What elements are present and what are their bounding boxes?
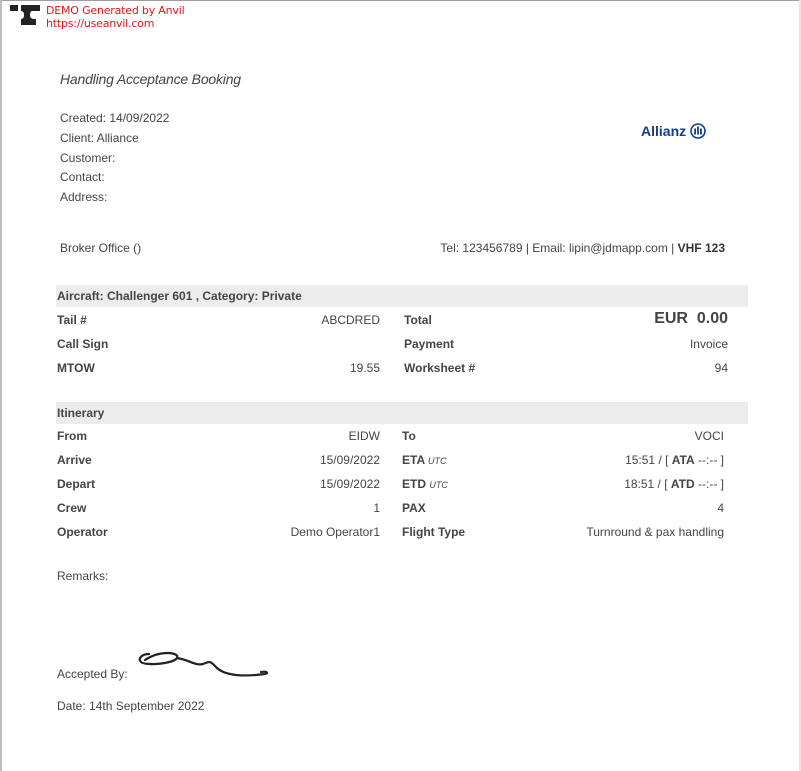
table-row: Tail # ABCDRED Total EUR 0.00 bbox=[56, 308, 748, 332]
aircraft-header: Aircraft: Challenger 601 , Category: Pri… bbox=[56, 285, 748, 307]
flight-type-value: Turnround & pax handling bbox=[586, 520, 724, 544]
accepted-by: Accepted By: bbox=[57, 667, 128, 681]
table-row: MTOW 19.55 Worksheet # 94 bbox=[56, 356, 748, 380]
aircraft-section: Aircraft: Challenger 601 , Category: Pri… bbox=[56, 285, 748, 380]
worksheet-label: Worksheet # bbox=[404, 356, 475, 380]
watermark-link[interactable]: https://useanvil.com bbox=[46, 17, 184, 30]
table-row: Depart 15/09/2022 ETD UTC 18:51 / [ ATD … bbox=[56, 472, 748, 496]
watermark-line1: DEMO Generated by Anvil bbox=[46, 4, 184, 17]
brand-logo: Allianz bbox=[641, 123, 706, 139]
atd-label: ATD bbox=[671, 477, 695, 491]
to-value: VOCI bbox=[695, 424, 724, 448]
client: Client: Alliance bbox=[60, 130, 169, 150]
created-date: Created: 14/09/2022 bbox=[60, 110, 169, 130]
anvil-logo-icon bbox=[10, 5, 40, 25]
etd-label: ETD UTC bbox=[402, 472, 448, 497]
eta-value: 15:51 / [ ATA --:-- ] bbox=[625, 448, 724, 472]
pax-label: PAX bbox=[402, 496, 426, 520]
total-label: Total bbox=[404, 308, 432, 332]
table-row: From EIDW To VOCI bbox=[56, 424, 748, 448]
table-row: Operator Demo Operator1 Flight Type Turn… bbox=[56, 520, 748, 544]
crew-value: 1 bbox=[373, 496, 380, 520]
crew-label: Crew bbox=[57, 496, 86, 520]
allianz-eagle-icon bbox=[690, 123, 706, 139]
table-row: Arrive 15/09/2022 ETA UTC 15:51 / [ ATA … bbox=[56, 448, 748, 472]
eta-text: ETA bbox=[402, 453, 425, 467]
broker-contact: Tel: 123456789 | Email: lipin@jdmapp.com… bbox=[440, 241, 725, 255]
ata-value: --:-- ] bbox=[695, 453, 724, 467]
operator-label: Operator bbox=[57, 520, 108, 544]
from-label: From bbox=[57, 424, 87, 448]
tail-label: Tail # bbox=[57, 308, 87, 332]
booking-info: Created: 14/09/2022 Client: Alliance Cus… bbox=[60, 110, 169, 209]
from-value: EIDW bbox=[349, 424, 380, 448]
table-row: Crew 1 PAX 4 bbox=[56, 496, 748, 520]
atd-value: --:-- ] bbox=[695, 477, 724, 491]
worksheet-value: 94 bbox=[715, 356, 728, 380]
mtow-value: 19.55 bbox=[350, 356, 380, 380]
page-border-top bbox=[0, 0, 801, 1]
operator-value: Demo Operator1 bbox=[291, 520, 380, 544]
mtow-label: MTOW bbox=[57, 356, 95, 380]
broker-office: Broker Office () bbox=[60, 241, 141, 255]
payment-label: Payment bbox=[404, 332, 454, 356]
ata-label: ATA bbox=[672, 453, 695, 467]
depart-label: Depart bbox=[57, 472, 95, 496]
etd-text: ETD bbox=[402, 477, 426, 491]
etd-value: 18:51 / [ ATD --:-- ] bbox=[624, 472, 724, 496]
document-title: Handling Acceptance Booking bbox=[60, 71, 241, 87]
to-label: To bbox=[402, 424, 416, 448]
payment-value: Invoice bbox=[690, 332, 728, 356]
total-value: EUR 0.00 bbox=[654, 308, 728, 330]
vhf: VHF 123 bbox=[678, 241, 725, 255]
itinerary-section: Itinerary From EIDW To VOCI Arrive 15/09… bbox=[56, 402, 748, 544]
utc-label: UTC bbox=[428, 456, 447, 466]
signature-image bbox=[135, 646, 270, 682]
page-border-left bbox=[0, 0, 2, 771]
callsign-label: Call Sign bbox=[57, 332, 108, 356]
tail-value: ABCDRED bbox=[321, 308, 380, 332]
eta-time: 15:51 / [ bbox=[625, 453, 672, 467]
table-row: Call Sign Payment Invoice bbox=[56, 332, 748, 356]
eta-label: ETA UTC bbox=[402, 448, 447, 473]
pax-value: 4 bbox=[717, 496, 724, 520]
address: Address: bbox=[60, 189, 169, 209]
flight-type-label: Flight Type bbox=[402, 520, 465, 544]
arrive-label: Arrive bbox=[57, 448, 92, 472]
brand-name: Allianz bbox=[641, 123, 686, 139]
etd-time: 18:51 / [ bbox=[624, 477, 671, 491]
itinerary-header: Itinerary bbox=[56, 402, 748, 424]
utc-label: UTC bbox=[429, 480, 448, 490]
depart-value: 15/09/2022 bbox=[320, 472, 380, 496]
arrive-value: 15/09/2022 bbox=[320, 448, 380, 472]
acceptance-date: Date: 14th September 2022 bbox=[57, 699, 204, 713]
contact: Contact: bbox=[60, 169, 169, 189]
demo-watermark: DEMO Generated by Anvil https://useanvil… bbox=[46, 4, 184, 30]
remarks: Remarks: bbox=[57, 569, 108, 583]
contact-line: Tel: 123456789 | Email: lipin@jdmapp.com… bbox=[440, 241, 677, 255]
customer: Customer: bbox=[60, 150, 169, 170]
